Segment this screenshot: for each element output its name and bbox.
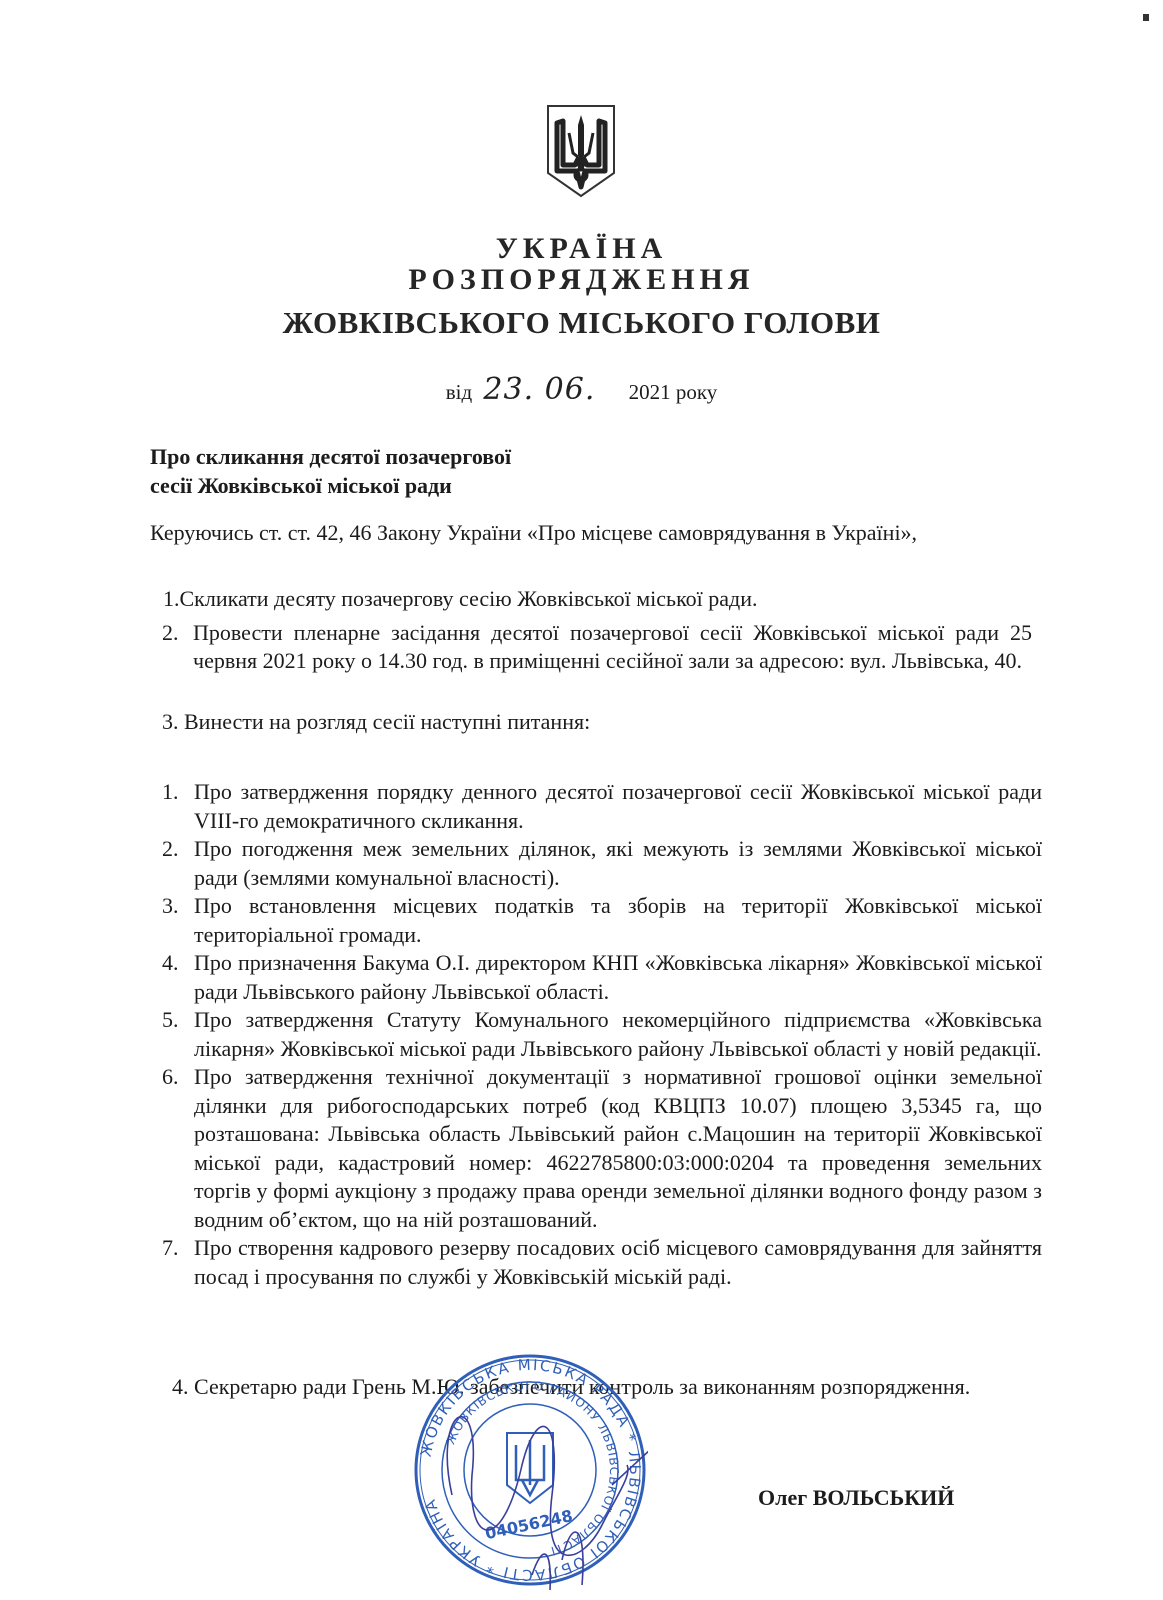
date-handwritten: 23. 06. [483,372,595,407]
point-number: 2. [162,619,193,675]
date-suffix: 2021 року [629,380,718,404]
agenda-item: 6.Про затвердження технічної документаці… [162,1063,1042,1234]
agenda-item: 5.Про затвердження Статуту Комунального … [162,1006,1042,1063]
point-number: 4. [172,1374,189,1399]
point-number: 1. [163,586,180,611]
point-4: 4. Секретарю ради Грень М.Ю. забезпечити… [172,1373,970,1401]
header-country: УКРАЇНА [0,232,1163,266]
agenda-item: 3.Про встановлення місцевих податків та … [162,892,1042,949]
point-text: Секретарю ради Грень М.Ю. забезпечити ко… [194,1374,970,1399]
signer-name: Олег ВОЛЬСЬКИЙ [758,1485,954,1511]
agenda-number: 7. [162,1234,194,1291]
trident-emblem-icon [545,103,617,199]
svg-text:04056248: 04056248 [483,1506,574,1543]
header-issuer: ЖОВКІВСЬКОГО МІСЬКОГО ГОЛОВИ [0,305,1163,341]
agenda-list: 1.Про затвердження порядку денного десят… [162,778,1042,1291]
point-1: 1.Скликати десяту позачергову сесію Жовк… [163,585,757,613]
header-doc-type: РОЗПОРЯДЖЕННЯ [0,263,1163,297]
point-3: 3. Винести на розгляд сесії наступні пит… [162,708,590,736]
agenda-text: Про затвердження порядку денного десятої… [194,778,1042,835]
subject-line-2: сесії Жовківської міської ради [150,471,511,500]
scan-mark [1143,14,1149,21]
subject-line-1: Про скликання десятої позачергової [150,442,511,471]
point-text: Винести на розгляд сесії наступні питанн… [184,709,590,734]
agenda-text: Про призначення Бакума О.І. директором К… [194,949,1042,1006]
agenda-number: 2. [162,835,194,892]
document-subject: Про скликання десятої позачергової сесії… [150,442,511,500]
date-prefix: від [446,380,472,404]
preamble: Керуючись ст. ст. 42, 46 Закону України … [150,520,917,546]
document-date: від 23. 06. 2021 року [0,372,1163,407]
agenda-item: 7.Про створення кадрового резерву посадо… [162,1234,1042,1291]
agenda-text: Про погодження меж земельних ділянок, як… [194,835,1042,892]
point-2: 2. Провести пленарне засідання десятої п… [162,619,1032,675]
agenda-item: 4.Про призначення Бакума О.І. директором… [162,949,1042,1006]
agenda-text: Про затвердження технічної документації … [194,1063,1042,1234]
agenda-item: 1.Про затвердження порядку денного десят… [162,778,1042,835]
agenda-text: Про створення кадрового резерву посадови… [194,1234,1042,1291]
agenda-text: Про затвердження Статуту Комунального не… [194,1006,1042,1063]
agenda-number: 3. [162,892,194,949]
agenda-number: 5. [162,1006,194,1063]
agenda-number: 1. [162,778,194,835]
svg-text:ЖОВКІВСЬКОГО РАЙОНУ ЛЬВІВСЬКОЇ: ЖОВКІВСЬКОГО РАЙОНУ ЛЬВІВСЬКОЇ ОБЛАСТІ [443,1379,621,1558]
agenda-number: 4. [162,949,194,1006]
point-number: 3. [162,709,179,734]
point-text: Провести пленарне засідання десятої поза… [193,619,1032,675]
agenda-number: 6. [162,1063,194,1234]
agenda-text: Про встановлення місцевих податків та зб… [194,892,1042,949]
point-text: Скликати десяту позачергову сесію Жовків… [180,586,758,611]
agenda-item: 2.Про погодження меж земельних ділянок, … [162,835,1042,892]
